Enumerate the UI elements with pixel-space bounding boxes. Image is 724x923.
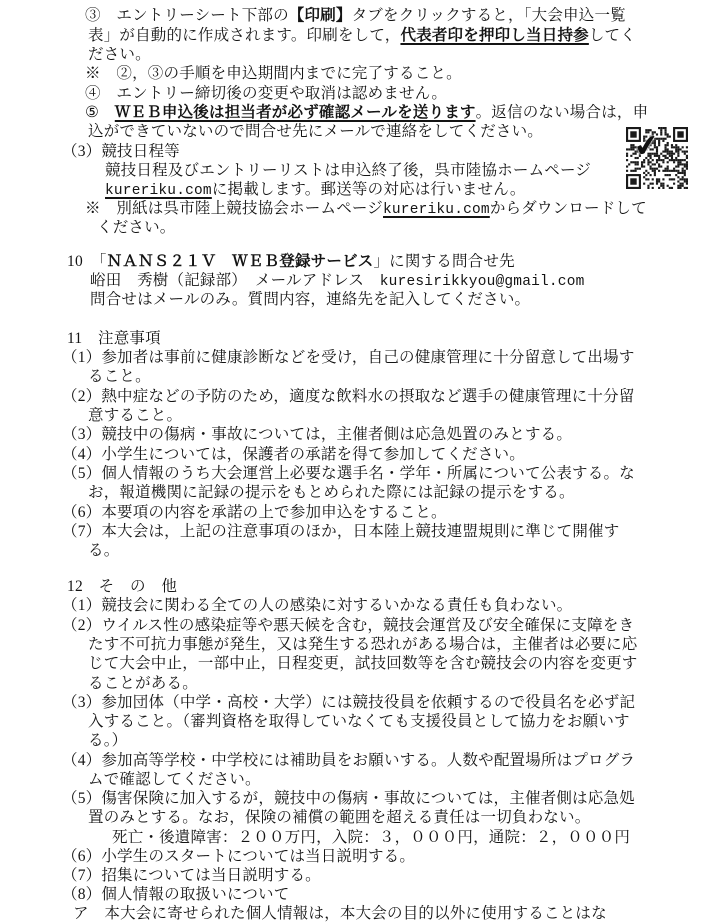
text-line: （4）参加高等学校・中学校には補助員をお願いする。人数や配置場所はプログラ bbox=[62, 751, 635, 770]
text-line: ③ エントリーシート下部の【印刷】タブをクリックすると，「大会申込一覧 bbox=[85, 6, 626, 25]
text-line: お，報道機関に記録の提示をもとめられた際には記録の提示をする。 bbox=[88, 483, 575, 502]
text-line: 置のみとする。なお，保険の補償の範囲を超える責任は一切負わない。 bbox=[88, 808, 590, 827]
url-link[interactable]: kureriku.com bbox=[383, 202, 490, 218]
text-line: （7）招集については当日説明する。 bbox=[62, 866, 321, 885]
text-segment: （4）参加高等学校・中学校には補助員をお願いする。人数や配置場所はプログラ bbox=[62, 752, 635, 769]
text-segment: （8）個人情報の取扱いについて bbox=[62, 886, 289, 903]
text-segment: ることがある。 bbox=[88, 675, 198, 692]
text-segment: 峪田 秀樹（記録部） メールアドレス bbox=[90, 272, 380, 289]
text-segment: （6）本要項の内容を承諾の上で参加申込をすること。 bbox=[62, 504, 447, 521]
text-segment: （1）競技会に関わる全ての人の感染に対するいかなる責任も負わない。 bbox=[62, 597, 572, 614]
text-segment: 11 注意事項 bbox=[67, 330, 161, 347]
text-segment: 込ができていないので問合せ先にメールで連絡をしてください。 bbox=[88, 123, 543, 140]
checkmark-icon: ✔ bbox=[632, 127, 662, 165]
text-segment: ムで確認してください。 bbox=[88, 771, 261, 788]
text-segment: ア 本大会に寄せられた個人情報は，本大会の目的以外に使用することはな bbox=[73, 905, 607, 922]
text-segment: 」に関する問合せ先 bbox=[373, 253, 514, 270]
text-segment: （5）傷害保険に加入するが，競技中の傷病・事故については，主催者側は応急処 bbox=[62, 790, 635, 807]
text-line: （2）ウイルス性の感染症等や悪天候を含む，競技会運営及び安全確保に支障をき bbox=[62, 616, 634, 635]
url-link[interactable]: kureriku.com bbox=[105, 183, 212, 199]
text-line: （8）個人情報の取扱いについて bbox=[62, 885, 289, 904]
text-line: ア 本大会に寄せられた個人情報は，本大会の目的以外に使用することはな bbox=[73, 904, 607, 923]
text-line: 峪田 秀樹（記録部） メールアドレス kuresirikkyou@gmail.c… bbox=[90, 271, 585, 292]
text-segment: ＷＥＢ申込後は担当者が必ず確認メールを送ります bbox=[115, 104, 476, 121]
text-line: kureriku.comに掲載します。郵送等の対応は行いません。 bbox=[105, 180, 526, 201]
text-line: ⑤ ＷＥＢ申込後は担当者が必ず確認メールを送ります。返信のない場合は，申 bbox=[85, 103, 648, 122]
text-segment: からダウンロードして bbox=[490, 200, 647, 217]
text-line: 競技日程及びエントリーリストは申込終了後，呉市陸協ホームページ bbox=[105, 161, 591, 180]
text-segment: してく bbox=[589, 27, 636, 44]
text-segment: （7）本大会は，上記の注意事項のほか，日本陸上競技連盟規則に準じて開催す bbox=[62, 523, 619, 540]
text-line: 死亡・後遺障害：２００万円，入院：３，０００円，通院：２，０００円 bbox=[112, 828, 630, 847]
text-segment: ください。 bbox=[97, 219, 176, 236]
text-line: （3）競技中の傷病・事故については，主催者側は応急処置のみとする。 bbox=[62, 425, 572, 444]
text-line: （4）小学生については，保護者の承諾を得て参加してください。 bbox=[62, 445, 525, 464]
text-line: 表」が自動的に作成されます。印刷をして，代表者印を押印し当日持参してく bbox=[88, 26, 636, 45]
text-line: 込ができていないので問合せ先にメールで連絡をしてください。 bbox=[88, 122, 543, 141]
text-segment: （7）招集については当日説明する。 bbox=[62, 867, 321, 884]
text-line: ることがある。 bbox=[88, 674, 198, 693]
text-line: ること。 bbox=[88, 367, 151, 386]
text-segment: （3）参加団体（中学・高校・大学）には競技役員を依頼するので役員名を必ず記 bbox=[62, 694, 635, 711]
text-segment: たす不可抗力事態が発生，又は発生する恐れがある場合は，主催者は必要に応 bbox=[88, 636, 638, 653]
text-segment: 置のみとする。なお，保険の補償の範囲を超える責任は一切負わない。 bbox=[88, 809, 590, 826]
text-segment: 入すること。（審判資格を取得していなくても支援役員として協力をお願いす bbox=[88, 713, 630, 730]
qr-code: ✔ bbox=[626, 127, 688, 189]
text-segment: タブをクリックすると，「大会申込一覧 bbox=[352, 7, 626, 24]
text-segment: （3）競技日程等 bbox=[62, 143, 180, 160]
text-segment: ④ エントリー締切後の変更や取消は認めません。 bbox=[85, 85, 447, 102]
text-segment: 【印刷】 bbox=[289, 7, 352, 24]
text-line: （1）競技会に関わる全ての人の感染に対するいかなる責任も負わない。 bbox=[62, 596, 572, 615]
text-line: 11 注意事項 bbox=[67, 329, 161, 348]
text-line: （5）個人情報のうち大会運営上必要な選手名・学年・所属について公表する。な bbox=[62, 464, 635, 483]
text-line: ※ ②，③の手順を申込期間内までに完了すること。 bbox=[85, 64, 462, 83]
text-line: る。） bbox=[88, 731, 127, 750]
text-segment: ※ ②，③の手順を申込期間内までに完了すること。 bbox=[85, 65, 462, 82]
text-line: （3）競技日程等 bbox=[62, 142, 180, 161]
text-line: 10 「ＮＡＮＳ２１Ｖ ＷＥＢ登録サービス」に関する問合せ先 bbox=[67, 252, 515, 271]
text-segment: る。） bbox=[88, 732, 127, 749]
text-segment: 。返信のない場合は，申 bbox=[476, 104, 649, 121]
text-line: ④ エントリー締切後の変更や取消は認めません。 bbox=[85, 84, 447, 103]
text-line: 入すること。（審判資格を取得していなくても支援役員として協力をお願いす bbox=[88, 712, 630, 731]
text-line: （2）熱中症などの予防のため，適度な飲料水の摂取など選手の健康管理に十分留 bbox=[62, 387, 635, 406]
text-segment: ③ エントリーシート下部の bbox=[85, 7, 289, 24]
document-page: ③ エントリーシート下部の【印刷】タブをクリックすると，「大会申込一覧表」が自動… bbox=[0, 0, 724, 923]
text-line: （5）傷害保険に加入するが，競技中の傷病・事故については，主催者側は応急処 bbox=[62, 789, 635, 808]
text-segment: 12 そ の 他 bbox=[67, 578, 177, 595]
text-line: ください。 bbox=[97, 218, 176, 237]
text-segment: 死亡・後遺障害：２００万円，入院：３，０００円，通院：２，０００円 bbox=[112, 829, 630, 846]
text-segment: 問合せはメールのみ。質問内容，連絡先を記入してください。 bbox=[90, 291, 530, 308]
text-line: 12 そ の 他 bbox=[67, 577, 177, 596]
text-line: ※ 別紙は呉市陸上競技協会ホームページkureriku.comからダウンロードし… bbox=[85, 199, 647, 220]
text-segment: ること。 bbox=[88, 368, 151, 385]
text-line: （1）参加者は事前に健康診断などを受け，自己の健康管理に十分留意して出場す bbox=[62, 348, 635, 367]
text-line: （3）参加団体（中学・高校・大学）には競技役員を依頼するので役員名を必ず記 bbox=[62, 693, 635, 712]
text-line: じて大会中止，一部中止，日程変更，試技回数等を含む競技会の内容を変更す bbox=[88, 654, 638, 673]
text-segment: 10 「 bbox=[67, 253, 107, 270]
text-line: （7）本大会は，上記の注意事項のほか，日本陸上競技連盟規則に準じて開催す bbox=[62, 522, 619, 541]
text-segment: ＮＡＮＳ２１Ｖ ＷＥＢ登録サービス bbox=[107, 253, 374, 270]
text-segment: kuresirikkyou@gmail.com bbox=[380, 274, 585, 290]
text-line: （6）小学生のスタートについては当日説明する。 bbox=[62, 847, 415, 866]
text-segment: （1）参加者は事前に健康診断などを受け，自己の健康管理に十分留意して出場す bbox=[62, 349, 635, 366]
text-segment: に掲載します。郵送等の対応は行いません。 bbox=[212, 181, 526, 198]
text-segment: （2）ウイルス性の感染症等や悪天候を含む，競技会運営及び安全確保に支障をき bbox=[62, 617, 634, 634]
text-segment: お，報道機関に記録の提示をもとめられた際には記録の提示をする。 bbox=[88, 484, 575, 501]
text-segment: （3）競技中の傷病・事故については，主催者側は応急処置のみとする。 bbox=[62, 426, 572, 443]
text-segment: る。 bbox=[88, 542, 119, 559]
text-line: 意すること。 bbox=[88, 406, 182, 425]
text-line: 問合せはメールのみ。質問内容，連絡先を記入してください。 bbox=[90, 290, 530, 309]
text-segment: （2）熱中症などの予防のため，適度な飲料水の摂取など選手の健康管理に十分留 bbox=[62, 388, 635, 405]
text-segment: （5）個人情報のうち大会運営上必要な選手名・学年・所属について公表する。な bbox=[62, 465, 635, 482]
text-line: たす不可抗力事態が発生，又は発生する恐れがある場合は，主催者は必要に応 bbox=[88, 635, 638, 654]
text-segment: ださい。 bbox=[88, 46, 151, 63]
text-segment: 表」が自動的に作成されます。印刷をして， bbox=[88, 27, 400, 44]
text-line: ムで確認してください。 bbox=[88, 770, 261, 789]
text-segment: （6）小学生のスタートについては当日説明する。 bbox=[62, 848, 415, 865]
text-segment: 意すること。 bbox=[88, 407, 182, 424]
text-segment: 競技日程及びエントリーリストは申込終了後，呉市陸協ホームページ bbox=[105, 162, 591, 179]
text-line: ださい。 bbox=[88, 45, 151, 64]
text-line: （6）本要項の内容を承諾の上で参加申込をすること。 bbox=[62, 503, 447, 522]
text-segment: 代表者印を押印し当日持参 bbox=[400, 27, 588, 44]
text-line: る。 bbox=[88, 541, 119, 560]
text-segment: （4）小学生については，保護者の承諾を得て参加してください。 bbox=[62, 446, 525, 463]
text-segment: ※ 別紙は呉市陸上競技協会ホームページ bbox=[85, 200, 383, 217]
text-segment: ⑤ bbox=[85, 104, 115, 121]
text-segment: じて大会中止，一部中止，日程変更，試技回数等を含む競技会の内容を変更す bbox=[88, 655, 638, 672]
